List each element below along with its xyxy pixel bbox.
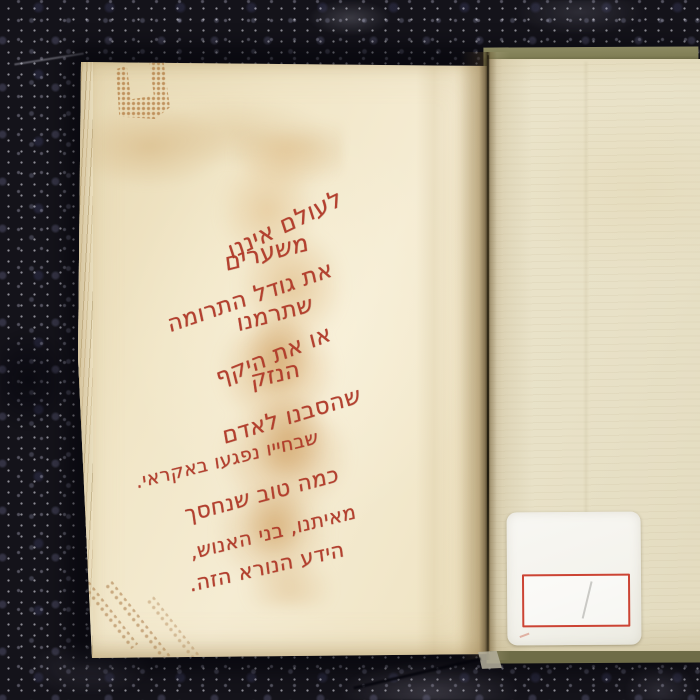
stain-column-core (228, 305, 340, 570)
label-red-frame (522, 574, 630, 628)
photo-scene: לעולם איננו משערים את גודל התרומה שתרמנו… (0, 0, 700, 700)
label-faint-mark (519, 633, 529, 638)
left-page (78, 57, 490, 659)
label-scratch-mark (582, 581, 592, 618)
book-gutter-line (487, 55, 489, 655)
blank-label-sticker (507, 512, 642, 646)
